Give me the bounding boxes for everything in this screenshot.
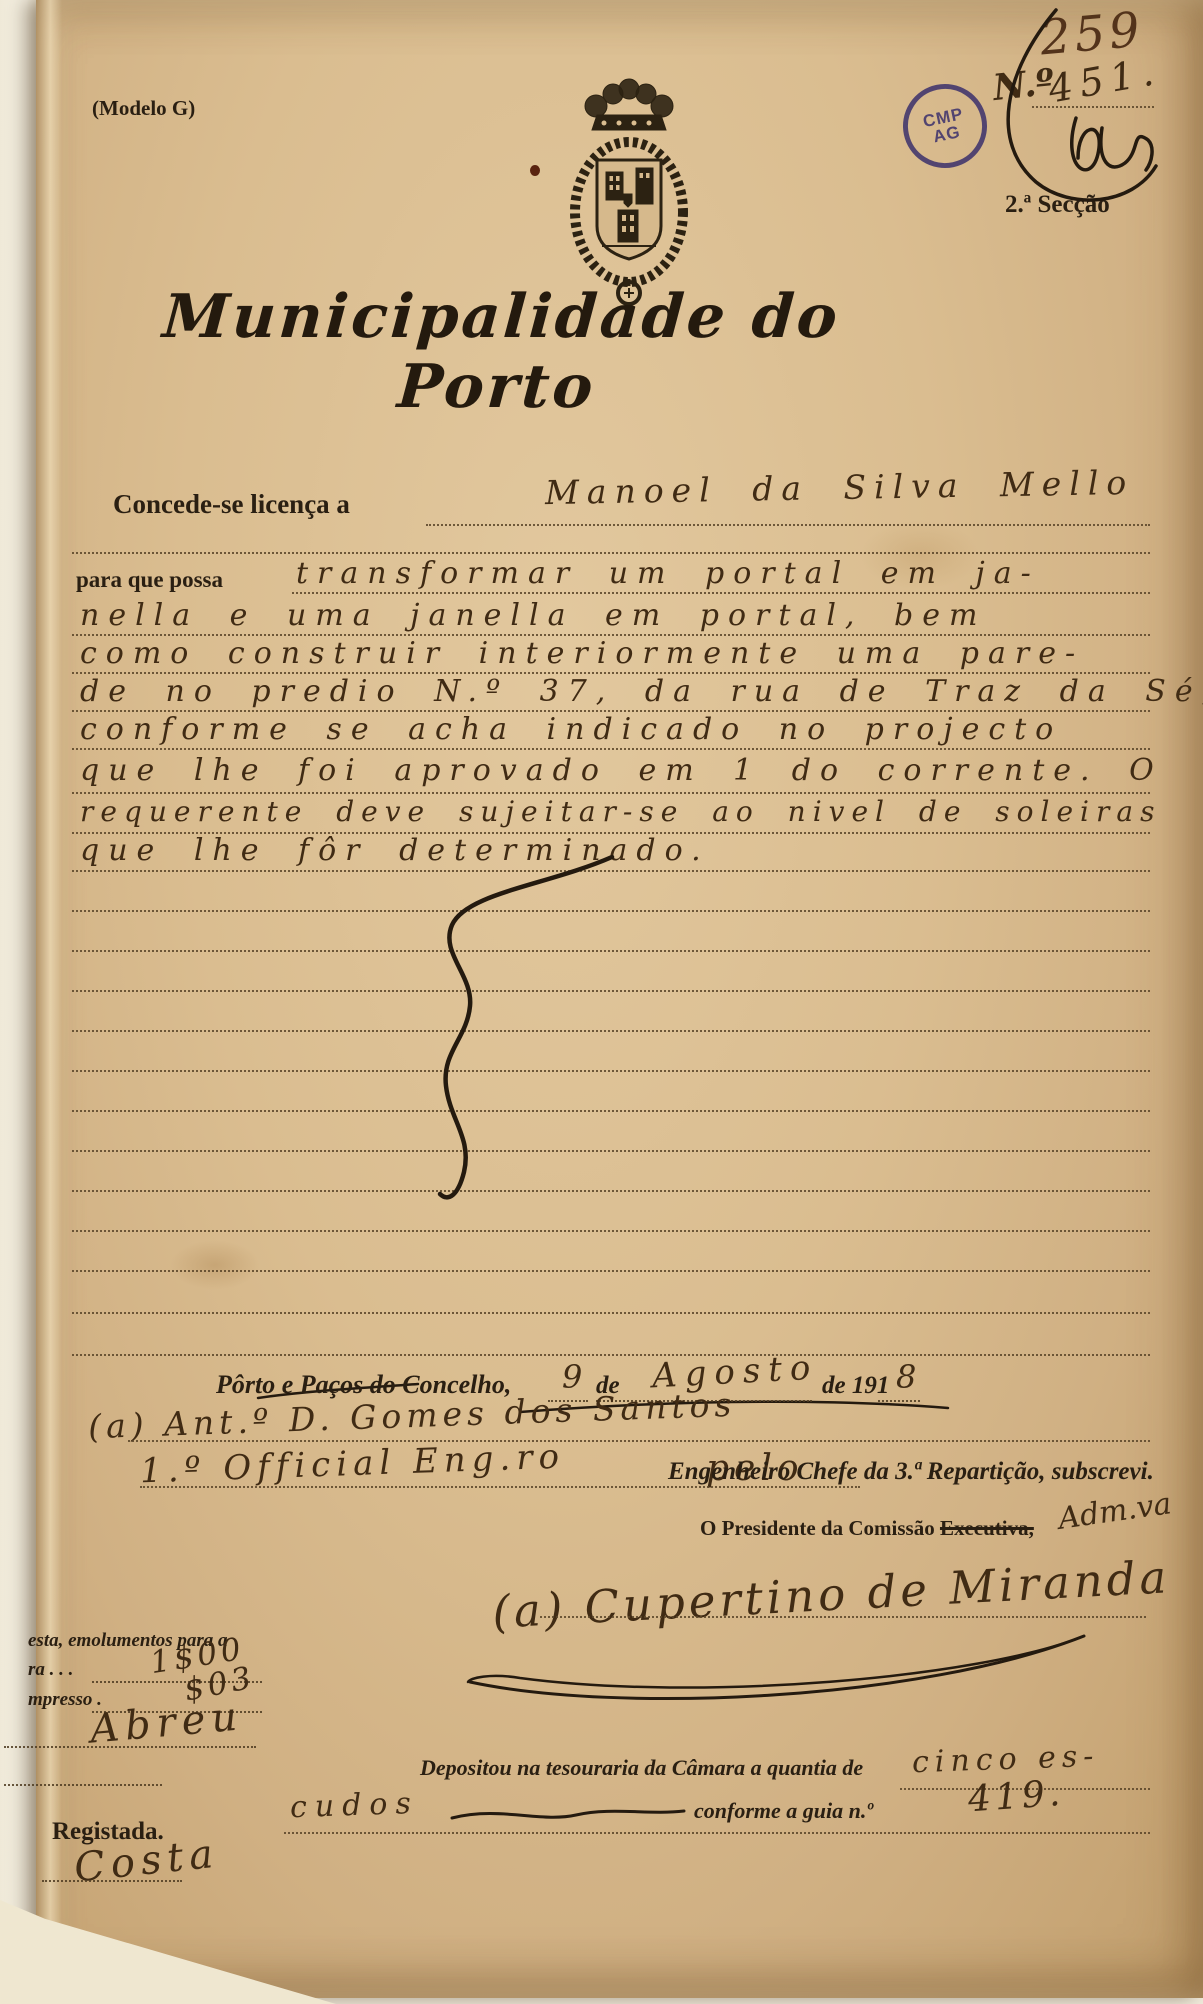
dotted-rule (72, 748, 1150, 750)
ruled-line (72, 1312, 1150, 1314)
dotted-rule (72, 792, 1150, 794)
ruled-line (72, 1190, 1150, 1192)
document-title: Municipalidade do Porto (99, 282, 899, 422)
permit-text-line: que lhe foi aprovado em 1 do corrente. O (80, 753, 1163, 788)
president-label-line: O Presidente da Comissão Executiva, (700, 1516, 1034, 1541)
stamp-line-2: AG (932, 123, 962, 145)
permit-text-line: como construir interiormente uma pare- (80, 636, 1084, 671)
ruled-line (72, 1354, 1150, 1356)
dotted-rule (284, 1832, 1150, 1834)
president-label: O Presidente da Comissão (700, 1516, 935, 1540)
ruled-line (72, 950, 1150, 952)
permit-label: para que possa (76, 567, 223, 593)
dotted-rule (4, 1784, 162, 1786)
dotted-rule (540, 1616, 1146, 1618)
dotted-rule (72, 870, 1150, 872)
president-struck-word: Executiva, (940, 1516, 1034, 1540)
permit-text-line: transformar um portal em ja- (296, 556, 1040, 591)
dotted-rule (878, 1400, 920, 1402)
ruled-line (72, 990, 1150, 992)
ruled-line (72, 1270, 1150, 1272)
grant-label: Concede-se licença a (113, 489, 350, 520)
guia-label: conforme a guia n.º (694, 1798, 873, 1824)
dotted-rule (42, 1880, 182, 1882)
dotted-rule (72, 552, 1150, 554)
dotted-rule (426, 524, 1150, 526)
fees-row1-label: ra . . . (28, 1659, 73, 1681)
porto-coat-of-arms-icon (562, 76, 696, 306)
dotted-rule (128, 1440, 1150, 1442)
ruled-line (72, 1070, 1150, 1072)
ruled-line (72, 1030, 1150, 1032)
permit-text-line: nella e uma janella em portal, bem (80, 598, 986, 633)
ruled-line (72, 1110, 1150, 1112)
dotted-rule (292, 592, 1150, 594)
ruled-line (72, 910, 1150, 912)
ruled-line (72, 1230, 1150, 1232)
ruled-line (72, 1150, 1150, 1152)
deposit-amount-line2: cudos (289, 1786, 419, 1825)
guia-number: 419. (967, 1773, 1066, 1821)
permit-text-line: conforme se acha indicado no projecto (80, 712, 1062, 747)
permit-text-line: requerente deve sujeitar-se ao nivel de … (80, 795, 1161, 828)
permit-text-line: de no predio N.º 37, da rua de Traz da S… (80, 674, 1203, 709)
permit-text-line: que lhe fôr determinado. (80, 833, 710, 868)
dotted-rule (1032, 106, 1154, 108)
dotted-rule (4, 1746, 256, 1748)
deposit-amount-line1: cinco es- (911, 1739, 1100, 1781)
dateline-year-digit: 8 (896, 1358, 916, 1396)
section-label: 2.ª Secção (1005, 191, 1110, 219)
deposit-label: Depositou na tesouraria da Câmara a quan… (420, 1755, 863, 1781)
engineer-label: Engenheiro Chefe da 3.ª Repartição, subs… (668, 1458, 1154, 1486)
dotted-rule (140, 1486, 860, 1488)
model-label: (Modelo G) (92, 96, 195, 121)
dateline-de-year: de 191 (822, 1372, 889, 1400)
scanned-license-document: (Modelo G) (0, 0, 1203, 2004)
